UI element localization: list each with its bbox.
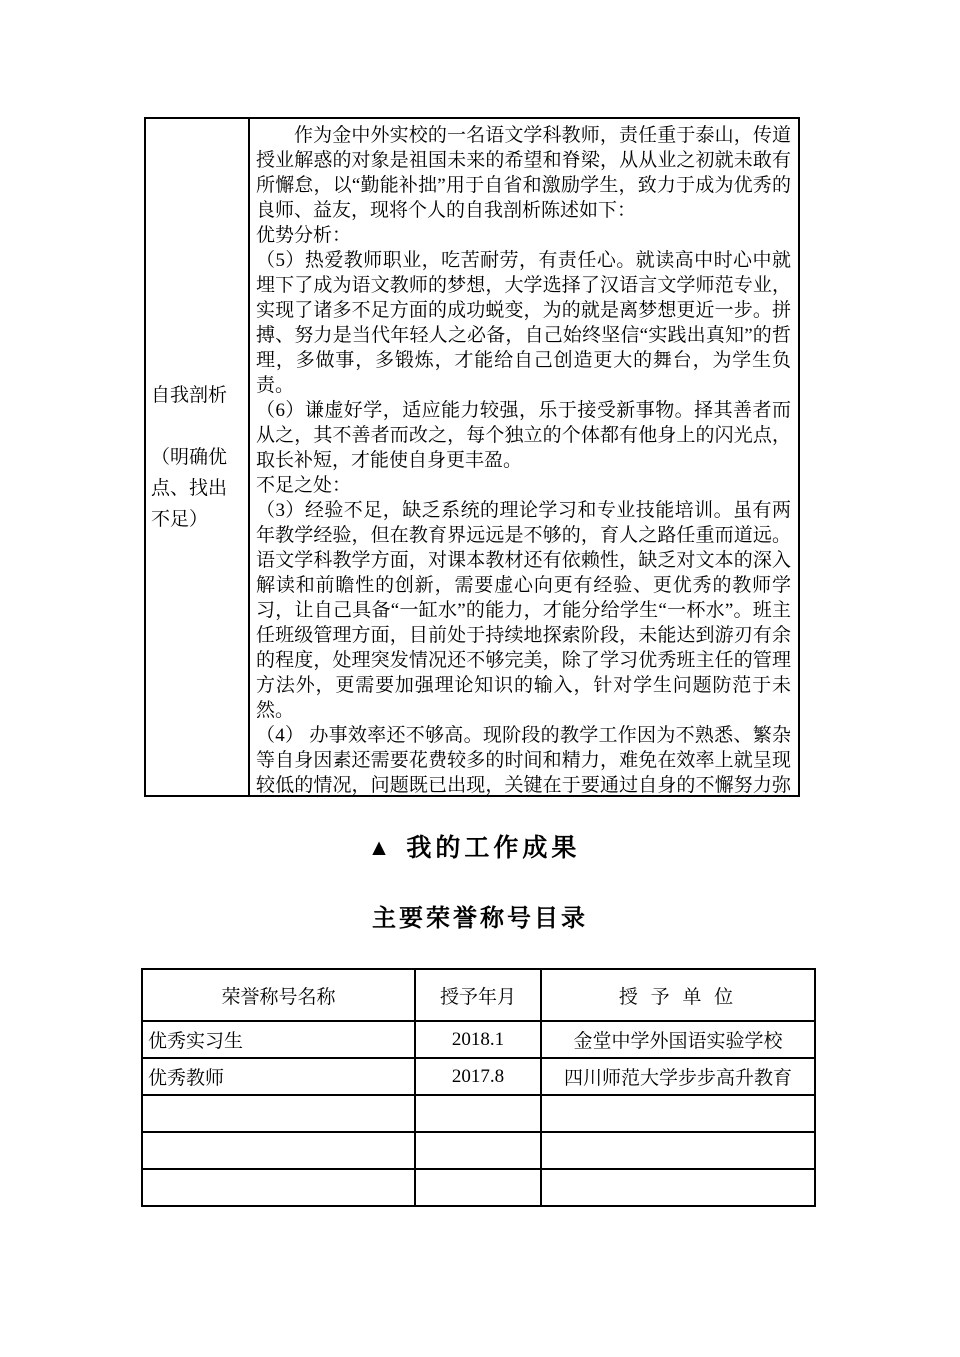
honor-org: 金堂中学外国语实验学校 (541, 1021, 815, 1058)
analysis-paragraph: （5）热爱教师职业，吃苦耐劳，有责任心。就读高中时心中就埋下了成为语文教师的梦想… (256, 248, 791, 398)
honor-name (142, 1169, 415, 1206)
analysis-paragraph: 优势分析： (256, 223, 791, 248)
honor-date: 2018.1 (415, 1021, 541, 1058)
honor-date (415, 1095, 541, 1132)
table-row (142, 1132, 815, 1169)
analysis-paragraph: （6）谦虚好学，适应能力较强，乐于接受新事物。择其善者而从之，其不善者而改之，每… (256, 398, 791, 473)
honor-org (541, 1095, 815, 1132)
honors-title: 主要荣誉称号目录 (144, 898, 816, 933)
analysis-label-cell: 自我剖析 （明确优点、找出不足） (146, 119, 250, 795)
honors-header-row: 荣誉称号名称 授予年月 授 予 单 位 (142, 969, 815, 1021)
table-row: 优秀教师 2017.8 四川师范大学步步高升教育 (142, 1058, 815, 1095)
analysis-paragraph: 作为金中外实校的一名语文学科教师，责任重于泰山，传道授业解惑的对象是祖国未来的希… (256, 123, 791, 223)
honor-date (415, 1132, 541, 1169)
table-row: 优秀实习生 2018.1 金堂中学外国语实验学校 (142, 1021, 815, 1058)
honor-org: 四川师范大学步步高升教育 (541, 1058, 815, 1095)
analysis-paragraph: 不足之处： (256, 473, 791, 498)
honor-name (142, 1132, 415, 1169)
honors-col-header-date: 授予年月 (415, 969, 541, 1021)
honors-table: 荣誉称号名称 授予年月 授 予 单 位 优秀实习生 2018.1 金堂中学外国语… (141, 968, 816, 1207)
self-analysis-table: 自我剖析 （明确优点、找出不足） 作为金中外实校的一名语文学科教师，责任重于泰山… (144, 117, 800, 797)
section-title: 我的工作成果 (406, 835, 580, 862)
honor-org (541, 1169, 815, 1206)
honors-col-header-org: 授 予 单 位 (541, 969, 815, 1021)
honor-date: 2017.8 (415, 1058, 541, 1095)
honor-org (541, 1132, 815, 1169)
analysis-content-cell: 作为金中外实校的一名语文学科教师，责任重于泰山，传道授业解惑的对象是祖国未来的希… (250, 119, 798, 795)
honors-col-header-name: 荣誉称号名称 (142, 969, 415, 1021)
honor-name (142, 1095, 415, 1132)
analysis-paragraph: （3）经验不足，缺乏系统的理论学习和专业技能培训。虽有两年教学经验，但在教育界远… (256, 498, 791, 723)
analysis-label-subtitle: （明确优点、找出不足） (151, 442, 245, 535)
document-page: 自我剖析 （明确优点、找出不足） 作为金中外实校的一名语文学科教师，责任重于泰山… (0, 0, 960, 1357)
honor-name: 优秀实习生 (142, 1021, 415, 1058)
table-row (142, 1169, 815, 1206)
analysis-label-title: 自我剖析 (151, 380, 245, 411)
analysis-paragraph: （4） 办事效率还不够高。现阶段的教学工作因为不熟悉、繁杂等自身因素还需要花费较… (256, 723, 791, 795)
section-heading: ▲我的工作成果 (144, 828, 804, 864)
table-row (142, 1095, 815, 1132)
triangle-marker-icon: ▲ (368, 835, 391, 860)
honor-date (415, 1169, 541, 1206)
honor-name: 优秀教师 (142, 1058, 415, 1095)
